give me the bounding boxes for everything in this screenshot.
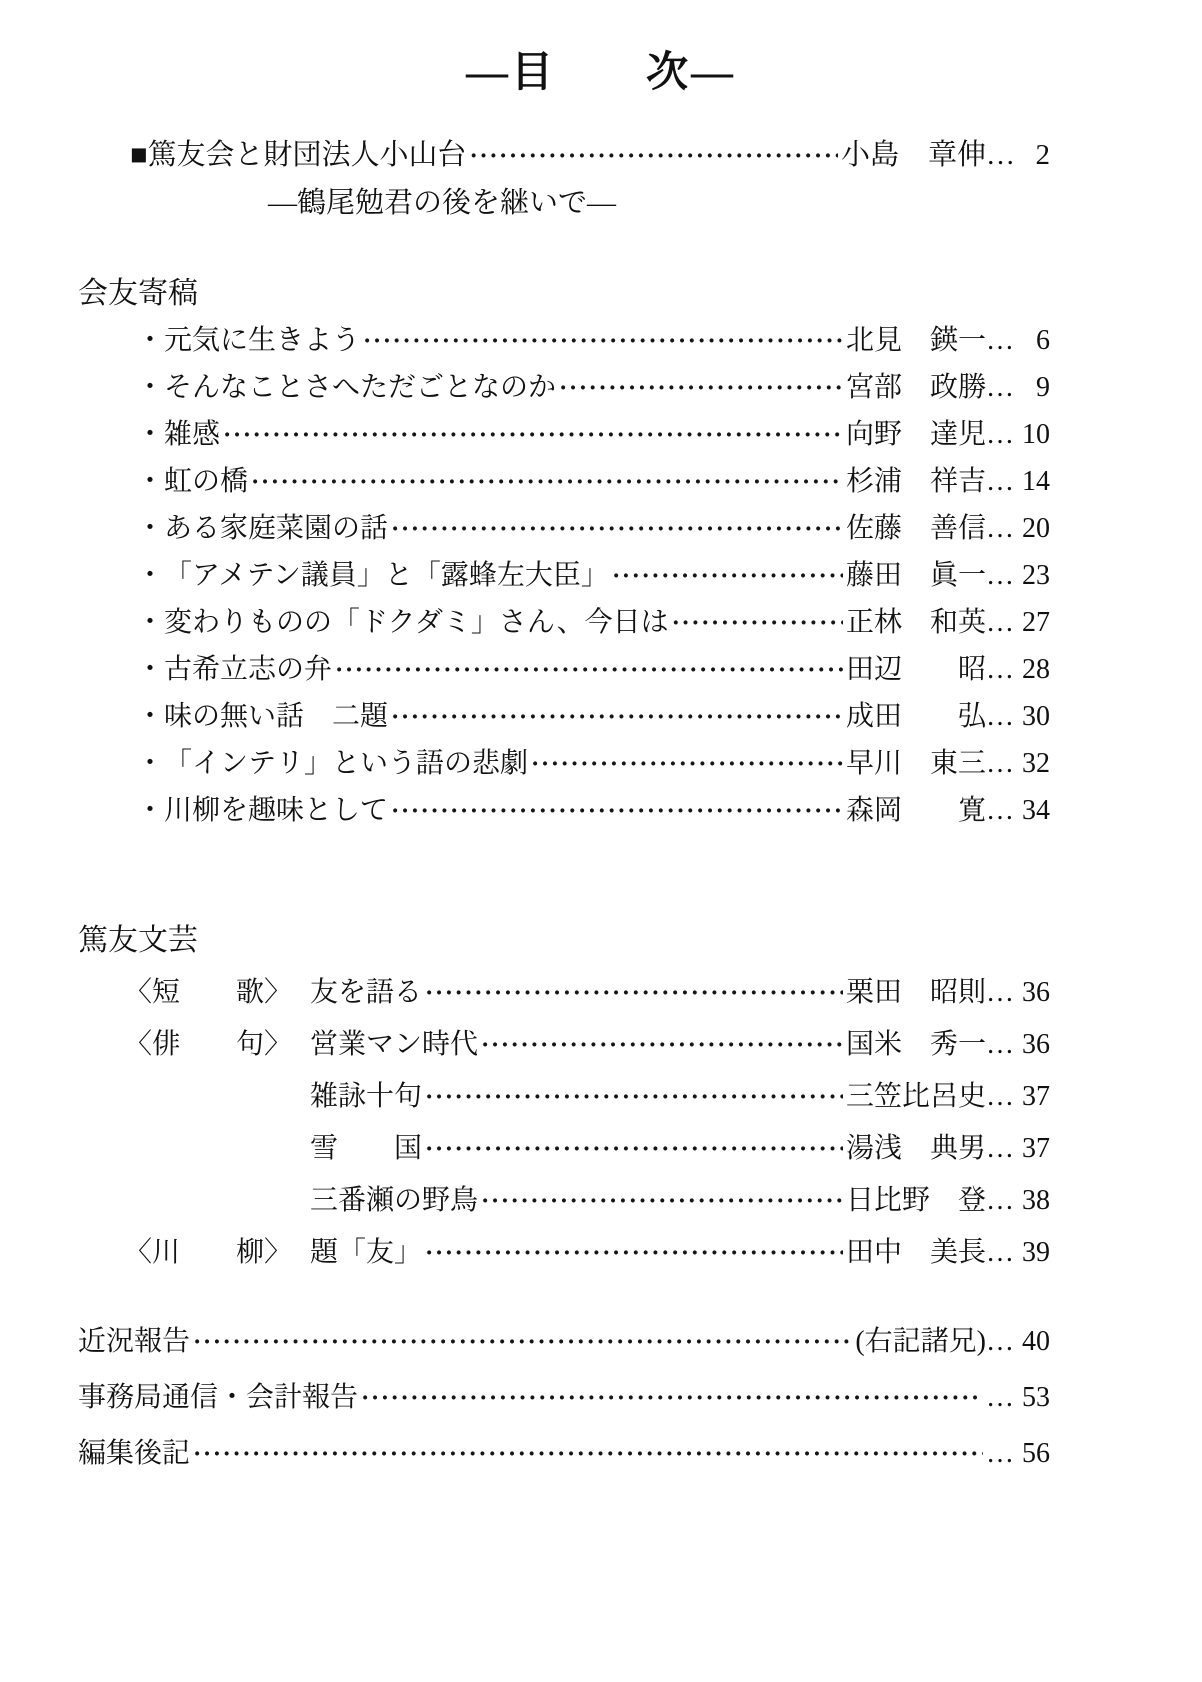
toc-entry: 三番瀬の野鳥 日比野 登 38 xyxy=(78,1186,1050,1217)
page-number: 40 xyxy=(986,1327,1050,1357)
page-number: 53 xyxy=(986,1383,1050,1413)
dot-leader xyxy=(251,467,843,498)
toc-entry: 編集後記 56 xyxy=(78,1439,1050,1470)
entry-bullet: ・ xyxy=(136,796,164,826)
author-name: 森岡 寛 xyxy=(846,796,986,826)
toc-entry: ・ 「アメテン議員」と「露蜂左大臣」 藤田 眞一 23 xyxy=(136,561,1050,592)
entry-title: 川柳を趣味として xyxy=(164,796,388,826)
page-number: 2 xyxy=(986,140,1050,170)
dot-leader xyxy=(391,702,843,733)
dot-leader xyxy=(481,1030,843,1061)
toc-entry: 〈俳 句〉 営業マン時代 国米 秀一 36 xyxy=(78,1030,1050,1061)
lead-article-subtitle: —鶴尾勉君の後を継いで— xyxy=(268,188,1050,218)
author-name: 田辺 昭 xyxy=(846,655,986,685)
page-number: 38 xyxy=(986,1186,1050,1216)
entry-title: 虹の橋 xyxy=(164,467,248,497)
toc-entry: 近況報告 (右記諸兄) 40 xyxy=(78,1327,1050,1358)
toc-entry: 雪 国 湯浅 典男 37 xyxy=(78,1134,1050,1165)
page-number: 34 xyxy=(986,796,1050,826)
dot-leader xyxy=(361,1383,983,1414)
dot-leader xyxy=(363,326,843,357)
toc-content: ■ 篤友会と財団法人小山台 小島 章伸 2 —鶴尾勉君の後を継いで— 会友寄稿 … xyxy=(78,140,1050,1470)
entry-bullet: ・ xyxy=(136,749,164,779)
entry-bullet: ・ xyxy=(136,420,164,450)
dot-leader xyxy=(612,561,843,592)
page-number: 36 xyxy=(986,978,1050,1008)
genre-label: 〈俳 句〉 xyxy=(124,1030,310,1060)
entry-bullet: ・ xyxy=(136,561,164,591)
dot-leader xyxy=(531,749,843,780)
author-name: 杉浦 祥吉 xyxy=(846,467,986,497)
entry-bullet: ・ xyxy=(136,467,164,497)
toc-entry: ・ 元気に生きよう 北見 鍈一 6 xyxy=(136,326,1050,357)
page-number: 32 xyxy=(986,749,1050,779)
entry-title: 「アメテン議員」と「露蜂左大臣」 xyxy=(164,561,609,591)
author-name: 佐藤 善信 xyxy=(846,514,986,544)
page-number: 9 xyxy=(986,373,1050,403)
toc-entry: 事務局通信・会計報告 53 xyxy=(78,1383,1050,1414)
toc-entry: ・ 古希立志の弁 田辺 昭 28 xyxy=(136,655,1050,686)
black-square-marker: ■ xyxy=(130,140,148,170)
page-number: 20 xyxy=(986,514,1050,544)
dot-leader xyxy=(391,796,843,827)
entry-bullet: ・ xyxy=(136,608,164,638)
toc-entry: ・ 「インテリ」という語の悲劇 早川 東三 32 xyxy=(136,749,1050,780)
lead-article-row: ■ 篤友会と財団法人小山台 小島 章伸 2 xyxy=(130,140,1050,172)
entry-title: ある家庭菜園の話 xyxy=(164,514,388,544)
entry-title: 友を語る xyxy=(310,978,422,1008)
dot-leader xyxy=(335,655,843,686)
toc-entry: 〈短 歌〉 友を語る 栗田 昭則 36 xyxy=(78,978,1050,1009)
dot-leader xyxy=(559,373,843,404)
entry-title: 味の無い話 二題 xyxy=(164,702,388,732)
toc-page: —目 次— ■ 篤友会と財団法人小山台 小島 章伸 2 —鶴尾勉君の後を継いで—… xyxy=(0,0,1202,1682)
page-number: 36 xyxy=(986,1030,1050,1060)
entry-title: 変わりものの「ドクダミ」さん、今日は xyxy=(164,608,669,638)
dot-leader xyxy=(193,1439,983,1470)
toc-entry: ・ 雑感 向野 達児 10 xyxy=(136,420,1050,451)
toc-entry: ・ ある家庭菜園の話 佐藤 善信 20 xyxy=(136,514,1050,545)
page-number: 10 xyxy=(986,420,1050,450)
page-number: 28 xyxy=(986,655,1050,685)
entry-title: 「インテリ」という語の悲劇 xyxy=(164,749,528,779)
page-number: 23 xyxy=(986,561,1050,591)
author-name: 宮部 政勝 xyxy=(846,373,986,403)
entry-title: 三番瀬の野鳥 xyxy=(310,1186,478,1216)
entry-title: 古希立志の弁 xyxy=(164,655,332,685)
dot-leader xyxy=(425,978,843,1009)
entry-title: 雪 国 xyxy=(310,1134,422,1164)
toc-entry: ・ そんなことさへただごとなのか 宮部 政勝 9 xyxy=(136,373,1050,404)
toc-entry: ・ 虹の橋 杉浦 祥吉 14 xyxy=(136,467,1050,498)
page-number: 37 xyxy=(986,1134,1050,1164)
entry-bullet: ・ xyxy=(136,514,164,544)
entry-bullet: ・ xyxy=(136,702,164,732)
author-name: 田中 美長 xyxy=(846,1238,986,1268)
genre-label: 〈川 柳〉 xyxy=(124,1238,310,1268)
entry-title: 題「友」 xyxy=(310,1238,422,1268)
toc-entry: ・ 川柳を趣味として 森岡 寛 34 xyxy=(136,796,1050,827)
page-number: 27 xyxy=(986,608,1050,638)
contrib-list: ・ 元気に生きよう 北見 鍈一 6 ・ そんなことさへただごとなのか 宮部 政勝… xyxy=(78,326,1050,827)
entry-title: 篤友会と財団法人小山台 xyxy=(148,140,467,170)
bungei-list: 〈短 歌〉 友を語る 栗田 昭則 36 〈俳 句〉 営業マン時代 国米 秀一 3… xyxy=(78,978,1050,1269)
entry-title: 近況報告 xyxy=(78,1327,190,1357)
page-number: 6 xyxy=(986,326,1050,356)
dot-leader xyxy=(425,1134,843,1165)
author-name: 三笠比呂史 xyxy=(846,1082,986,1112)
page-title: —目 次— xyxy=(0,0,1202,96)
entry-title: 雑感 xyxy=(164,420,220,450)
entry-bullet: ・ xyxy=(136,326,164,356)
author-name: 国米 秀一 xyxy=(846,1030,986,1060)
author-name: 成田 弘 xyxy=(846,702,986,732)
page-number: 30 xyxy=(986,702,1050,732)
section-heading-contrib: 会友寄稿 xyxy=(78,278,1050,310)
author-name: 正林 和英 xyxy=(846,608,986,638)
entry-title: そんなことさへただごとなのか xyxy=(164,373,556,403)
page-number: 56 xyxy=(986,1439,1050,1469)
dot-leader xyxy=(193,1327,852,1358)
author-name: 栗田 昭則 xyxy=(846,978,986,1008)
toc-entry: ・ 味の無い話 二題 成田 弘 30 xyxy=(136,702,1050,733)
author-name: 藤田 眞一 xyxy=(846,561,986,591)
author-name: 小島 章伸 xyxy=(841,140,986,170)
toc-entry: ・ 変わりものの「ドクダミ」さん、今日は 正林 和英 27 xyxy=(136,608,1050,639)
entry-title: 元気に生きよう xyxy=(164,326,360,356)
page-number: 14 xyxy=(986,467,1050,497)
author-name: 早川 東三 xyxy=(846,749,986,779)
page-number: 37 xyxy=(986,1082,1050,1112)
dot-leader xyxy=(425,1082,843,1113)
author-name: 向野 達児 xyxy=(846,420,986,450)
entry-title: 編集後記 xyxy=(78,1439,190,1469)
dot-leader xyxy=(391,514,843,545)
dot-leader xyxy=(425,1238,843,1269)
section-heading-bungei: 篤友文芸 xyxy=(78,925,1050,957)
page-number: 39 xyxy=(986,1238,1050,1268)
dot-leader xyxy=(470,140,838,172)
toc-entry: 〈川 柳〉 題「友」 田中 美長 39 xyxy=(78,1238,1050,1269)
footer-list: 近況報告 (右記諸兄) 40 事務局通信・会計報告 53 編集後記 56 xyxy=(78,1327,1050,1470)
author-name: 日比野 登 xyxy=(846,1186,986,1216)
genre-label: 〈短 歌〉 xyxy=(124,978,310,1008)
dot-leader xyxy=(481,1186,843,1217)
entry-bullet: ・ xyxy=(136,373,164,403)
dot-leader xyxy=(672,608,843,639)
entry-title: 雑詠十句 xyxy=(310,1082,422,1112)
toc-entry: 雑詠十句 三笠比呂史 37 xyxy=(78,1082,1050,1113)
author-name: 湯浅 典男 xyxy=(846,1134,986,1164)
entry-title: 営業マン時代 xyxy=(310,1030,478,1060)
entry-title: 事務局通信・会計報告 xyxy=(78,1383,358,1413)
author-name: 北見 鍈一 xyxy=(846,326,986,356)
dot-leader xyxy=(223,420,843,451)
entry-bullet: ・ xyxy=(136,655,164,685)
author-name: (右記諸兄) xyxy=(855,1327,986,1357)
